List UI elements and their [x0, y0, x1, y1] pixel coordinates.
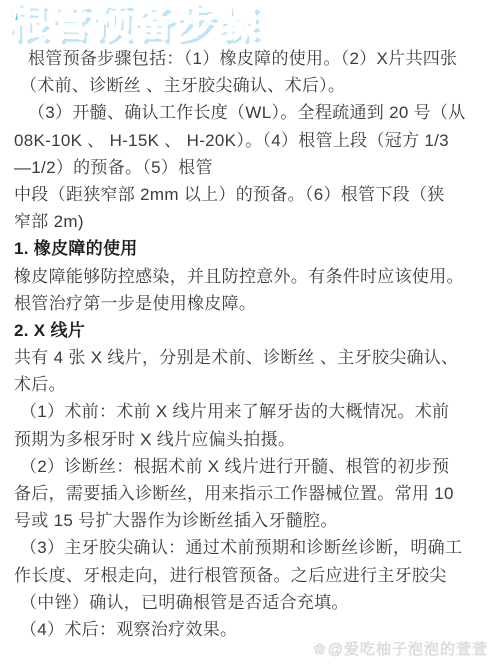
- document-page: 根管预备步骤 根管预备步骤包括：（1）橡皮障的使用。（2）X片共四张（术前、诊断…: [0, 2, 500, 666]
- text-line: （3）主牙胶尖确认：通过术前预期和诊断丝诊断，明确工: [14, 534, 490, 561]
- text-line: —1/2）的预备。（5）根管: [14, 154, 490, 181]
- text-line: 预期为多根牙时 X 线片应偏头拍摄。: [14, 426, 490, 453]
- text-line: 共有 4 张 X 线片，分别是术前、诊断丝 、主牙胶尖确认、: [14, 344, 490, 371]
- text-line: 中段（距狭窄部 2mm 以上）的预备。（6）根管下段（狭: [14, 181, 490, 208]
- text-line: （3）开髓、确认工作长度（WL）。全程疏通到 20 号（从: [14, 99, 490, 126]
- text-line: 根管预备步骤包括：（1）橡皮障的使用。（2）X片共四张: [14, 45, 490, 72]
- text-line: 术后。: [14, 371, 490, 398]
- text-line: （中锉）确认，已明确根管是否适合充填。: [14, 589, 490, 616]
- page-title: 根管预备步骤: [8, 2, 500, 44]
- watermark-text: @爱吃柚子泡泡的萱萱: [328, 641, 488, 658]
- watermark: ❀@爱吃柚子泡泡的萱萱: [313, 638, 488, 659]
- text-line: 橡皮障能够防控感染，并且防控意外。有条件时应该使用。: [14, 263, 490, 290]
- article-body: 根管预备步骤包括：（1）橡皮障的使用。（2）X片共四张（术前、诊断丝 、主牙胶尖…: [0, 45, 500, 643]
- text-line: 根管治疗第一步是使用橡皮障。: [14, 290, 490, 317]
- section-heading: 2. X 线片: [14, 317, 490, 344]
- text-line: 作长度、牙根走向，进行根管预备。之后应进行主牙胶尖: [14, 562, 490, 589]
- section-heading: 1. 橡皮障的使用: [14, 235, 490, 262]
- text-line: 号或 15 号扩大器作为诊断丝插入牙髓腔。: [14, 507, 490, 534]
- text-line: 窄部 2m): [14, 208, 490, 235]
- text-line: （术前、诊断丝 、主牙胶尖确认、术后）。: [14, 72, 490, 99]
- text-line: （1）术前：术前 X 线片用来了解牙齿的大概情况。术前: [14, 398, 490, 425]
- text-line: 08K-10K 、 H-15K 、 H-20K）。（4）根管上段（冠方 1/3: [14, 127, 490, 154]
- flower-icon: ❀: [313, 641, 327, 658]
- text-line: （2）诊断丝：根据术前 X 线片进行开髓、根管的初步预: [14, 453, 490, 480]
- text-line: 备后，需要插入诊断丝，用来指示工作器械位置。常用 10: [14, 480, 490, 507]
